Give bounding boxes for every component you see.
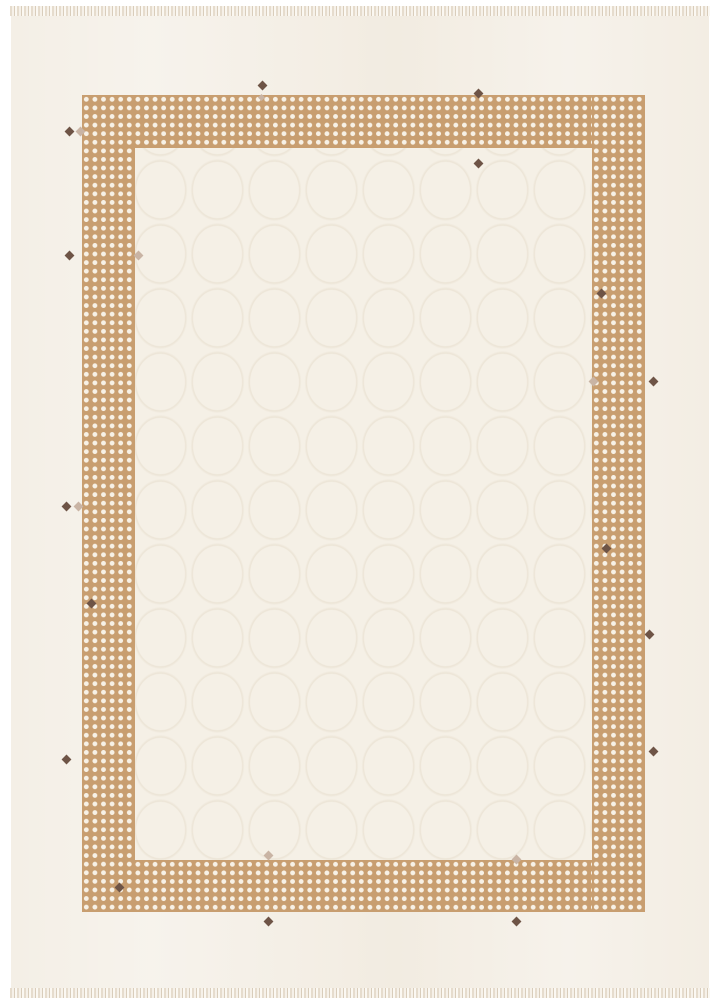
- border-left: [82, 95, 135, 912]
- border-bottom: [82, 860, 645, 912]
- border-right: [592, 95, 645, 912]
- bottom-fringe: [10, 988, 710, 998]
- top-fringe: [10, 6, 710, 16]
- border-top: [82, 95, 645, 148]
- center-field: [135, 148, 592, 860]
